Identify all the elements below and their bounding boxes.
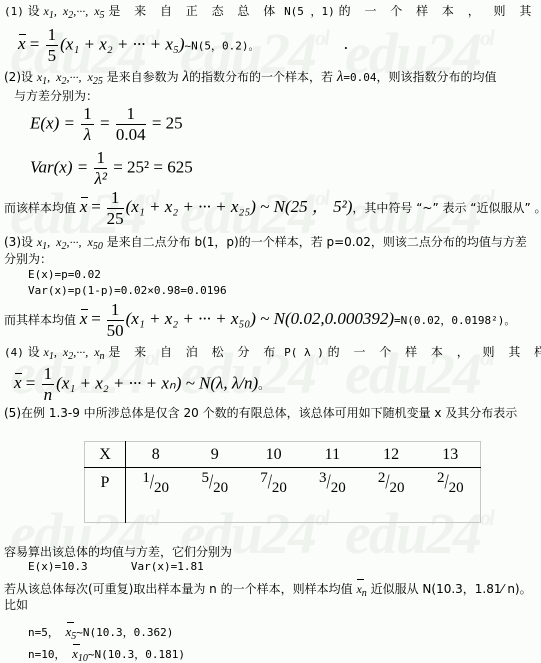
part3-mean: 而其样本均值 x = 150(x₁ + x₂ + ··· + x₅₀) ~ N(… — [4, 300, 515, 341]
table-cell: 2/20 — [421, 468, 481, 523]
example-n5: n=5， x5~N(10.3，0.362) — [28, 625, 173, 644]
table-cell: 12 — [362, 442, 421, 468]
part2-mean: 而该样本均值 x = 125(x₁ + x₂ + ··· + x₂₅) ~ N(… — [4, 188, 541, 229]
table-cell: 11 — [303, 442, 362, 468]
row-header-x: X — [85, 442, 126, 468]
part5-sample-line: 若从该总体每次(可重复)取出样本量为 n 的一个样本，则样本均值 xn 近似服从… — [4, 582, 532, 601]
variance-formula: Var(x) = 1λ² = 25² = 625 — [30, 148, 193, 189]
table-cell: 13 — [421, 442, 481, 468]
table-cell: 1/20 — [126, 468, 186, 523]
part5-example-label: 比如 — [4, 598, 28, 612]
sample-mean-symbol: x — [18, 37, 26, 51]
part1-heading: (1) 设 x1, x2,···, x5 是 来 自 正 态 总 体 N(5 ，… — [4, 4, 541, 23]
part2-heading: (2)设 x1, x2,···, x25 是来自参数为 λ的指数分布的一个样本，… — [4, 70, 496, 89]
fraction: 15 — [46, 25, 59, 66]
table-row-p: P 1/20 5/20 7/20 3/20 2/20 2/20 — [85, 468, 481, 523]
example-n10: n=10， x10~N(10.3，0.181) — [28, 647, 185, 663]
table-cell: 10 — [244, 442, 303, 468]
part4-formula: x = 1n(x₁ + x₂ + ··· + xₙ) ~ N(λ, λ/n)。 — [14, 364, 270, 405]
part1-formula: x = 15(x₁ + x₂ + ··· + x₅)~N(5，0.2)。 . — [18, 25, 348, 66]
var-x1: x1, x2,···, x5 — [44, 4, 105, 18]
row-header-p: P — [85, 468, 126, 523]
part5-intro: (5)在例 1.3-9 中所涉总体是仅含 20 个数的有限总体，该总体可用如下随… — [4, 406, 517, 420]
part3-heading: (3)设 x1, x2,···, x50 是来自二点分布 b(1，p)的一个样本… — [4, 235, 527, 254]
part4-heading: (4) 设 x1, x2,···, xn 是 来 自 泊 松 分 布 P( λ … — [4, 345, 541, 364]
table-cell: 7/20 — [244, 468, 303, 523]
part3-variance: Var(x)=p(1-p)=0.02×0.98=0.0196 — [28, 284, 227, 298]
table-cell: 9 — [185, 442, 244, 468]
distribution-table: X 8 9 10 11 12 13 P 1/20 5/20 7/20 3/20 … — [84, 441, 481, 523]
part3-expectation: E(x)=p=0.02 — [28, 268, 101, 282]
table-cell: 8 — [126, 442, 186, 468]
part5-calc-line: 容易算出该总体的均值与方差，它们分别为 — [4, 545, 232, 559]
table-cell: 3/20 — [303, 468, 362, 523]
part3-line2: 分别为： — [4, 252, 52, 266]
expectation-formula: E(x) = 1λ = 10.04 = 25 — [30, 104, 183, 145]
part2-line2: 与方差分别为： — [14, 89, 98, 103]
table-cell: 5/20 — [185, 468, 244, 523]
table-cell: 2/20 — [362, 468, 421, 523]
table-row-x: X 8 9 10 11 12 13 — [85, 442, 481, 468]
part5-moments: E(x)=10.3 Var(x)=1.81 — [28, 560, 204, 574]
